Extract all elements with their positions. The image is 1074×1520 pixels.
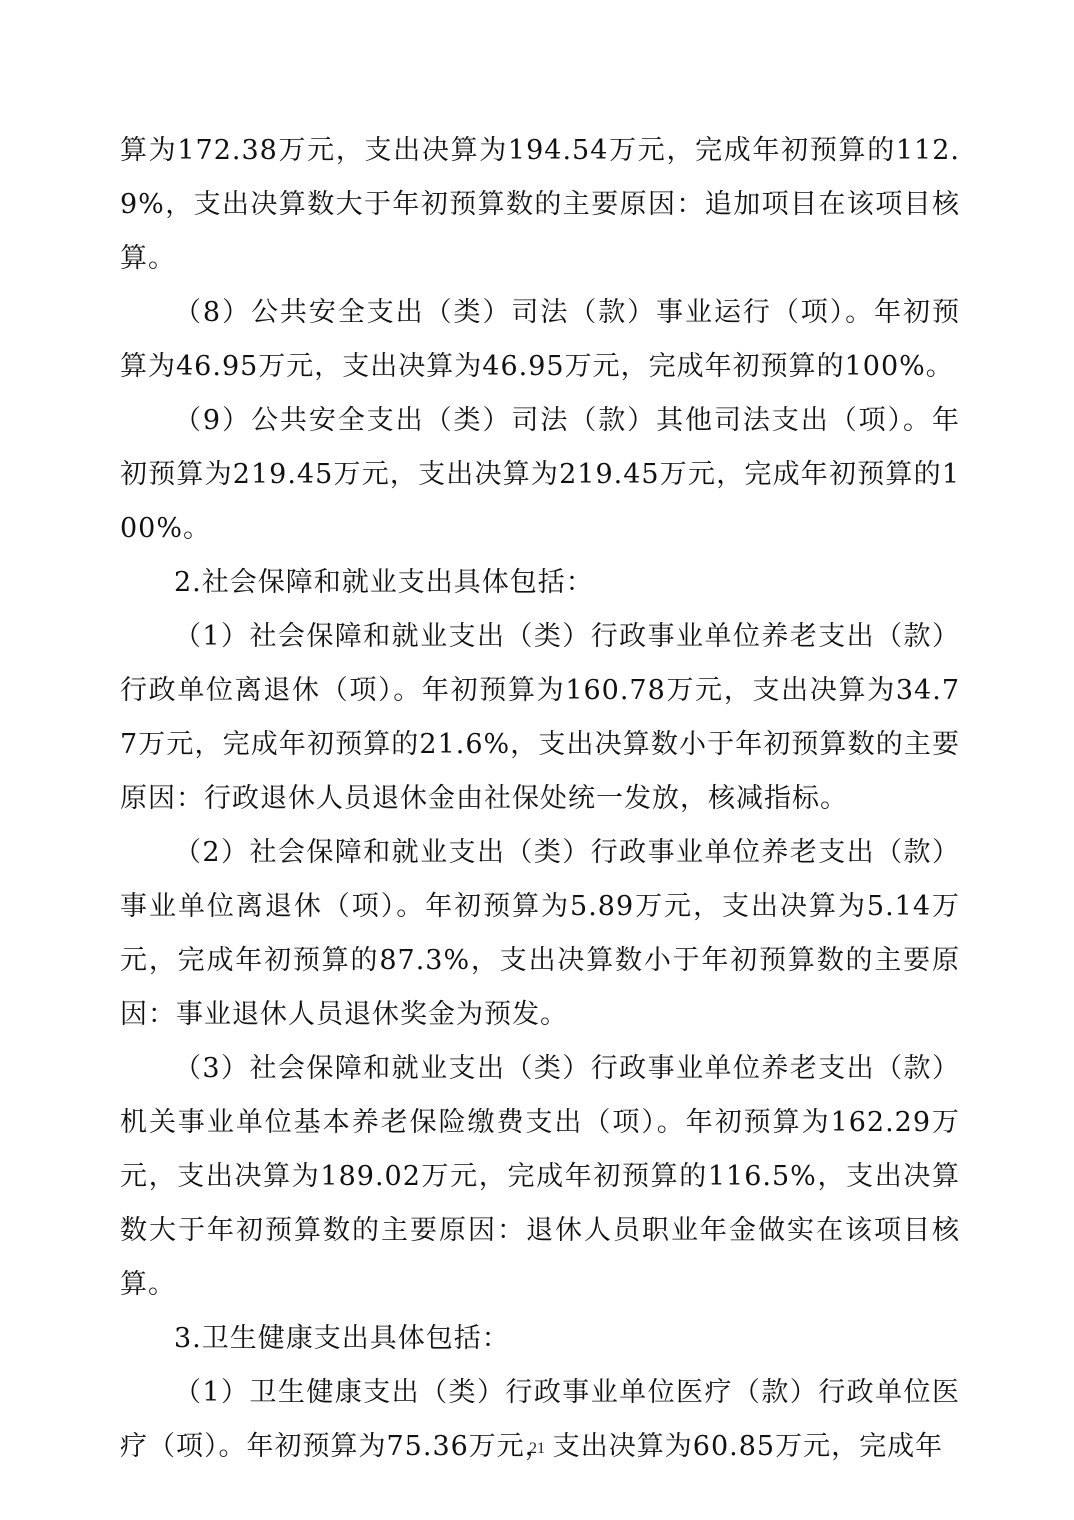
section-heading-health: 3.卫生健康支出具体包括：: [120, 1312, 960, 1366]
paragraph-social-security-item-1: （1）社会保障和就业支出（类）行政事业单位养老支出（款）行政单位离退休（项）。年…: [120, 610, 960, 826]
paragraph-continuation-item-7: 算为172.38万元，支出决算为194.54万元，完成年初预算的112.9%，支…: [120, 124, 960, 286]
page-number: 21: [0, 1440, 1074, 1458]
paragraph-social-security-item-3: （3）社会保障和就业支出（类）行政事业单位养老支出（款）机关事业单位基本养老保险…: [120, 1042, 960, 1312]
section-heading-social-security: 2.社会保障和就业支出具体包括：: [120, 556, 960, 610]
document-page: 算为172.38万元，支出决算为194.54万元，完成年初预算的112.9%，支…: [120, 124, 960, 1474]
paragraph-item-9-other-judicial-expenses: （9）公共安全支出（类）司法（款）其他司法支出（项）。年初预算为219.45万元…: [120, 394, 960, 556]
paragraph-social-security-item-2: （2）社会保障和就业支出（类）行政事业单位养老支出（款）事业单位离退休（项）。年…: [120, 826, 960, 1042]
paragraph-item-8-public-security-operation: （8）公共安全支出（类）司法（款）事业运行（项）。年初预算为46.95万元，支出…: [120, 286, 960, 394]
